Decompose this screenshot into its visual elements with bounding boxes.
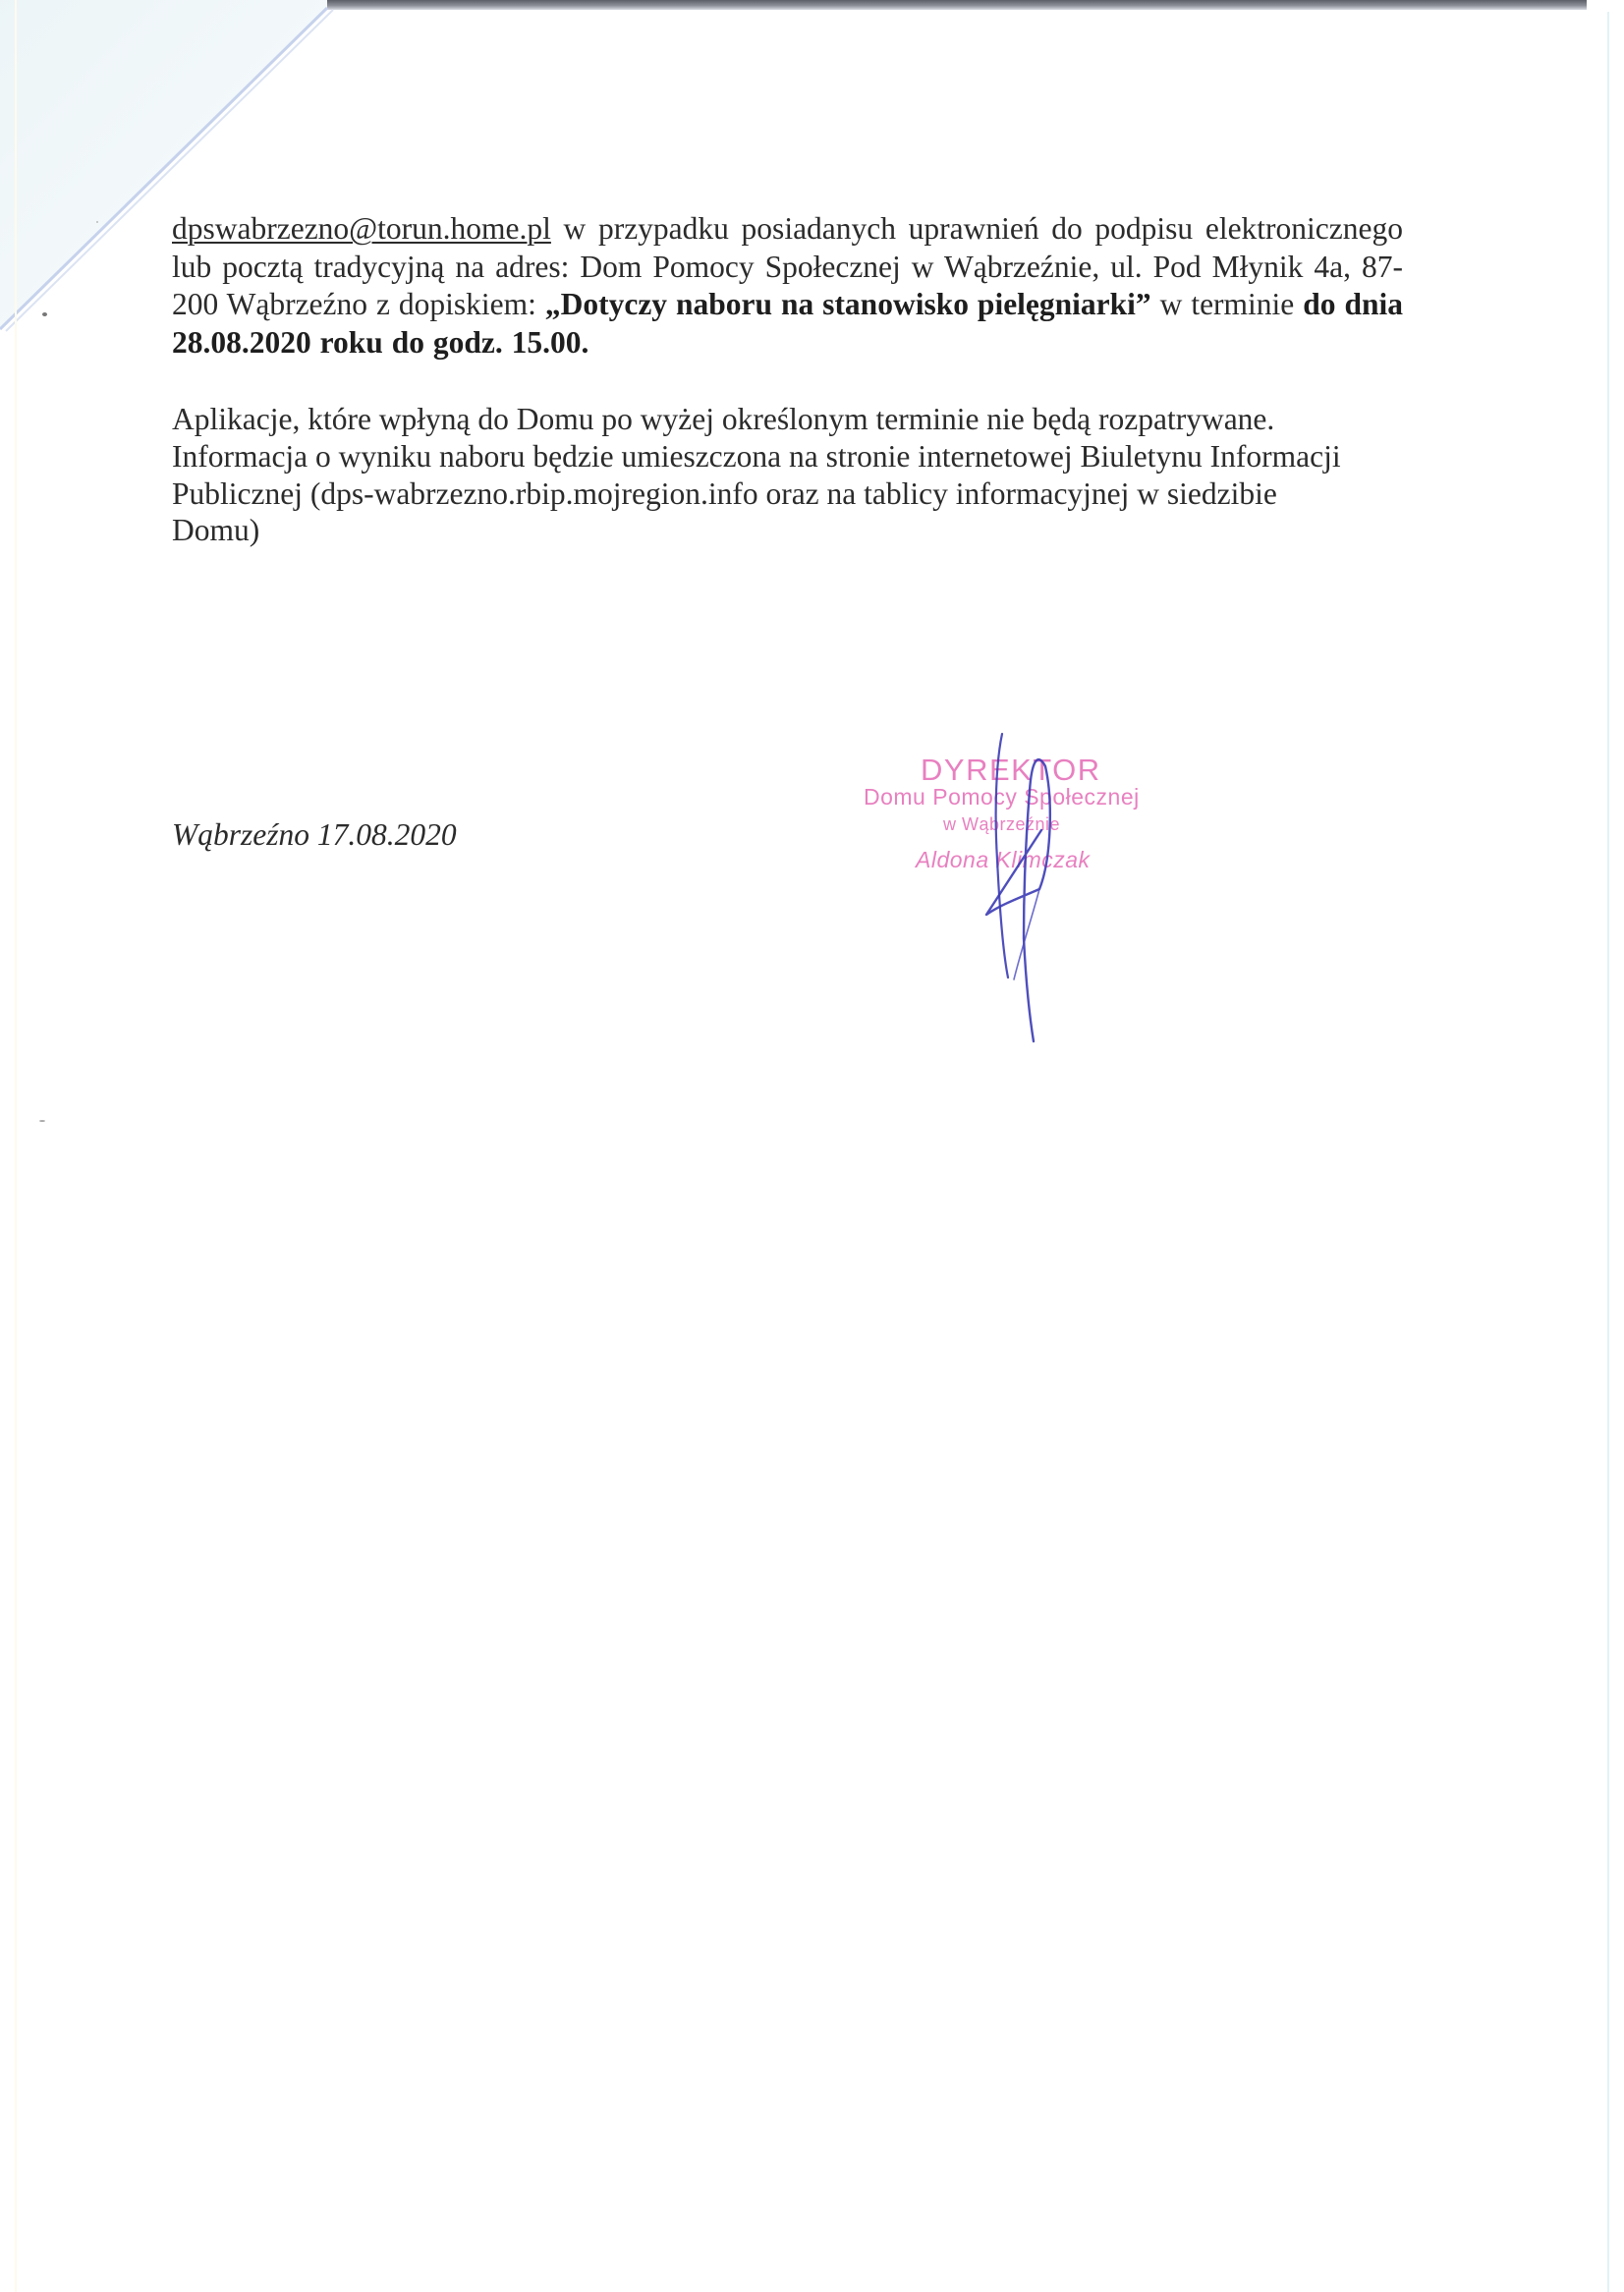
scan-speck [39,1120,45,1122]
scanner-edge-right [1607,12,1609,2292]
email-link[interactable]: dpswabrzezno@torun.home.pl [172,211,551,246]
scanner-shadow-top [327,0,1587,10]
late-applications-line: Aplikacje, które wpłyną do Domu po wyżej… [172,401,1403,438]
scan-speck [42,312,47,316]
signature-icon [973,722,1061,1046]
scan-speck [96,221,98,223]
results-info-line: Informacja o wyniku naboru będzie umiesz… [172,438,1403,475]
deadline-prefix: w terminie [1151,287,1304,321]
results-info-paragraph: Aplikacje, które wpłyną do Domu po wyżej… [172,401,1403,549]
results-info-line: Domu) [172,512,1403,549]
results-info-line: Publicznej (dps-wabrzezno.rbip.mojregion… [172,475,1403,513]
scanner-edge-left [15,0,17,2292]
subject-note: „Dotyczy naboru na stanowisko pielęgniar… [545,287,1151,321]
place-and-date: Wąbrzeźno 17.08.2020 [172,817,457,853]
application-instructions-paragraph: dpswabrzezno@torun.home.pl w przypadku p… [172,210,1403,362]
